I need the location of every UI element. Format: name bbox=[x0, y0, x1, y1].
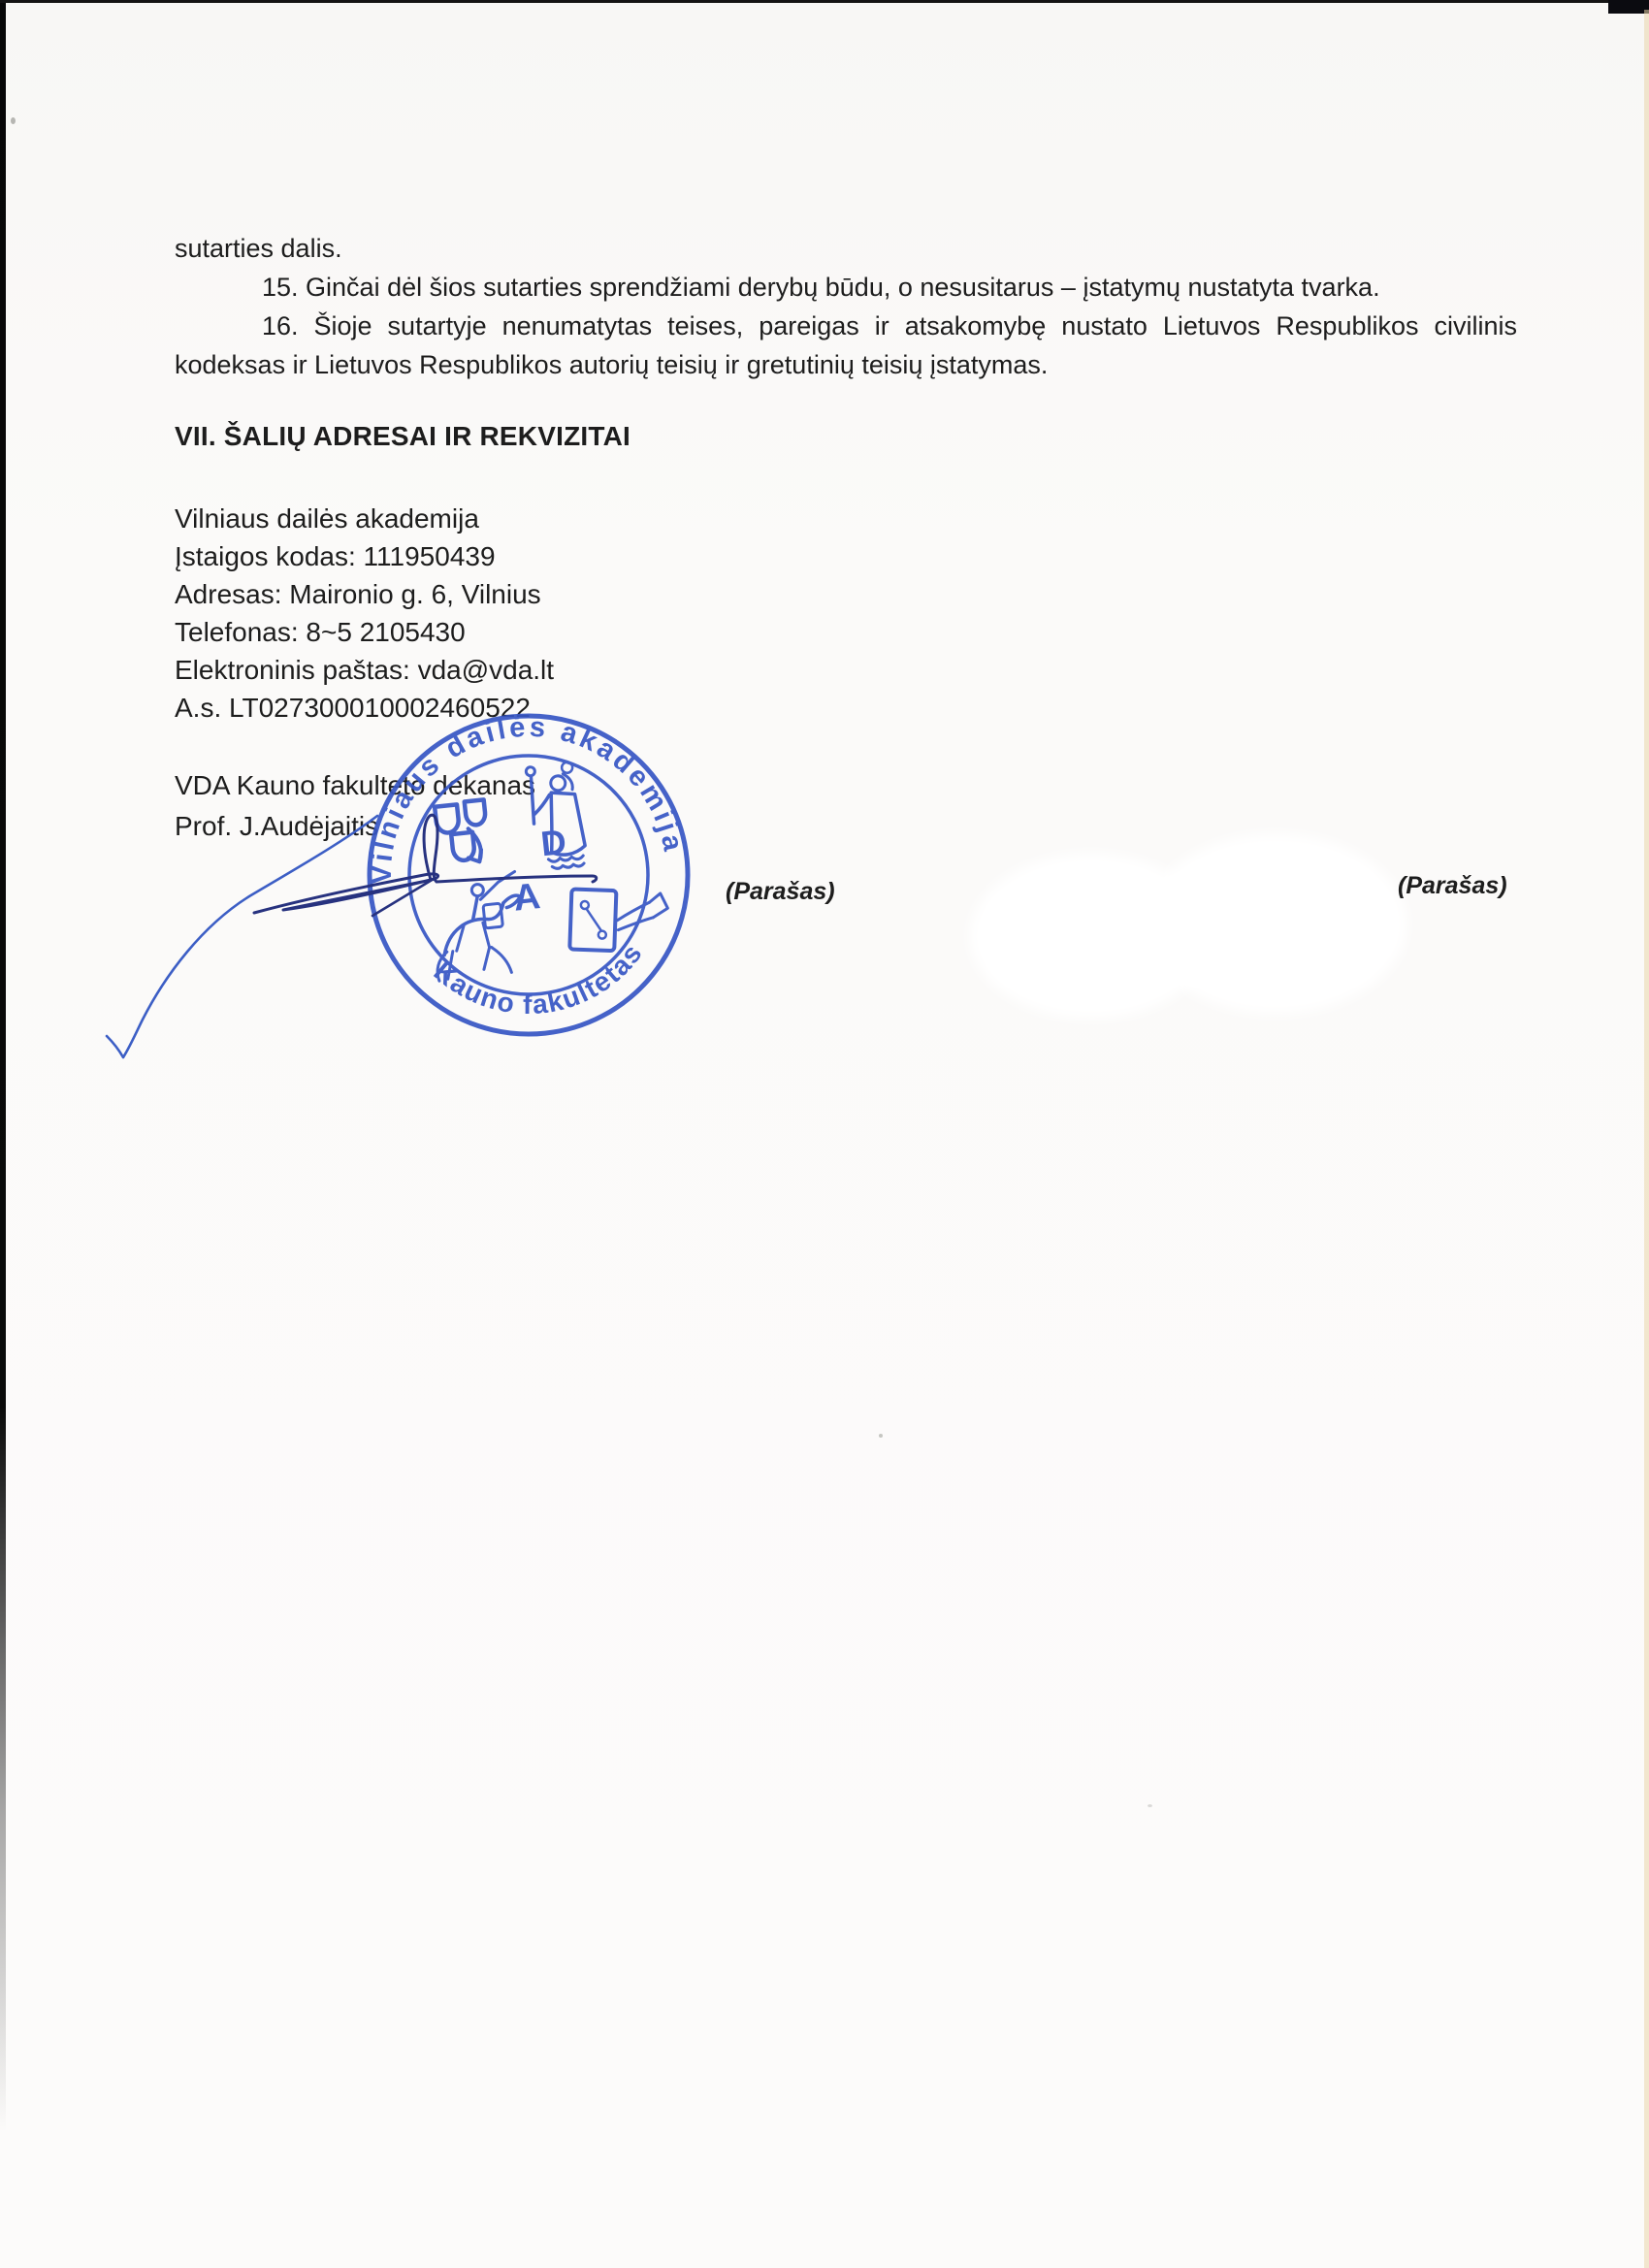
signature-long-sweep-stroke bbox=[107, 816, 377, 1057]
scan-corner-black-mark bbox=[1608, 0, 1649, 14]
signature-label-right: (Parašas) bbox=[1398, 872, 1507, 900]
scan-edge-top-strip bbox=[0, 0, 1649, 3]
stamp-svg: Vilniaus dailės akademija Kauno fakultet… bbox=[347, 694, 710, 1056]
stamp-letter-d: D bbox=[539, 822, 568, 863]
organization-name: Vilniaus dailės akademija bbox=[175, 500, 554, 537]
clause-16: 16. Šioje sutartyje nenumatytas teises, … bbox=[175, 307, 1517, 384]
stamp-top-arc-text: Vilniaus dailės akademija bbox=[350, 696, 690, 888]
contract-text-block: sutarties dalis. 15. Ginčai dėl šios sut… bbox=[175, 229, 1517, 384]
section-heading: VII. ŠALIŲ ADRESAI IR REKVIZITAI bbox=[175, 421, 630, 452]
requisite-phone: Telefonas: 8~5 2105430 bbox=[175, 613, 554, 651]
requisites-block: Vilniaus dailės akademija Įstaigos kodas… bbox=[175, 500, 554, 727]
signature-label-left: (Parašas) bbox=[726, 878, 835, 906]
clause-15: 15. Ginčai dėl šios sutarties sprendžiam… bbox=[175, 268, 1517, 307]
scan-edge-left-strip bbox=[0, 0, 6, 2268]
scan-speck bbox=[11, 117, 16, 124]
requisite-email: Elektroninis paštas: vda@vda.lt bbox=[175, 651, 554, 689]
stamp-shields-icon bbox=[435, 799, 490, 865]
vda-kaunas-round-stamp: Vilniaus dailės akademija Kauno fakultet… bbox=[347, 694, 710, 1056]
stamp-hand-plate-icon bbox=[564, 879, 671, 955]
scan-speck bbox=[879, 1434, 883, 1438]
requisite-institution-code: Įstaigos kodas: 111950439 bbox=[175, 537, 554, 575]
scan-speck bbox=[1148, 1804, 1152, 1807]
whiteout-ellipse bbox=[1145, 834, 1406, 1014]
scanned-document-page: sutarties dalis. 15. Ginčai dėl šios sut… bbox=[0, 0, 1649, 2268]
stamp-letter-a: A bbox=[511, 876, 542, 920]
whiteout-ellipse bbox=[970, 854, 1212, 1019]
stamp-top-arc-text-holder: Vilniaus dailės akademija bbox=[350, 696, 690, 888]
scan-edge-right-strip bbox=[1644, 10, 1649, 2268]
requisite-address: Adresas: Maironio g. 6, Vilnius bbox=[175, 575, 554, 613]
clause-continuation-line: sutarties dalis. bbox=[175, 229, 1517, 268]
whiteout-blob bbox=[960, 834, 1416, 1038]
